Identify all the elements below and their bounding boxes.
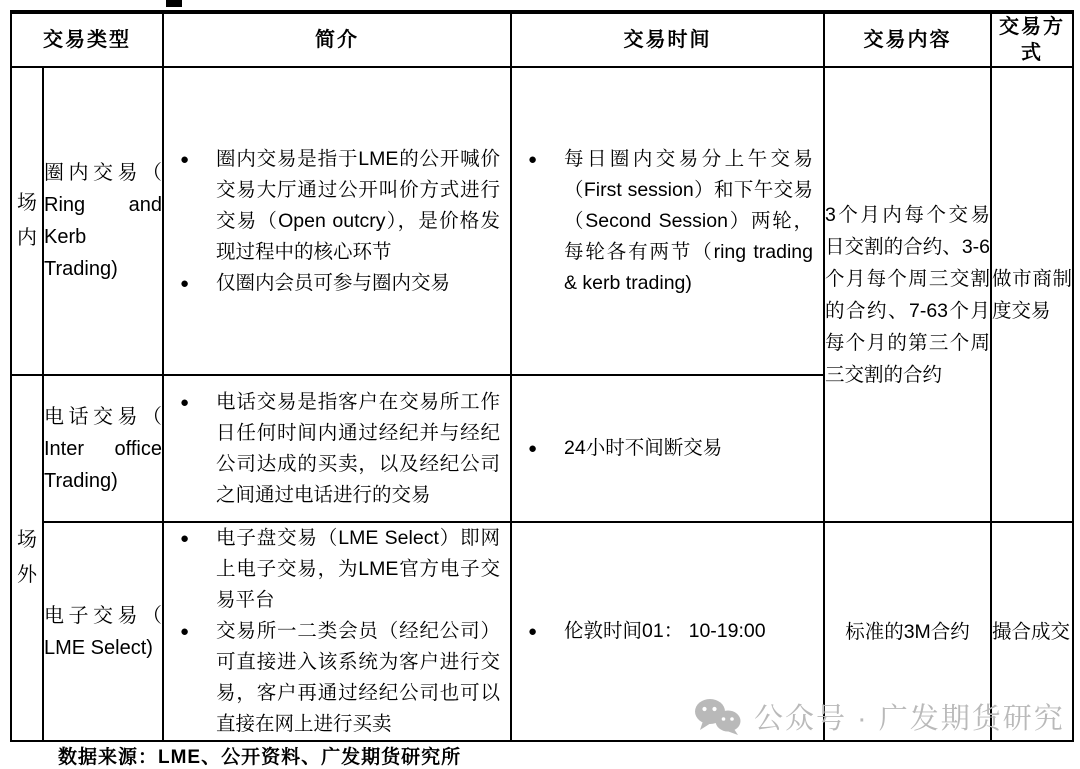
- col-header-trade-content: 交易内容: [824, 12, 991, 67]
- lme-trading-table-wrap: 交易类型 简介 交易时间 交易内容 交易方式 场内 圈内交易（ Ring and…: [10, 10, 1074, 742]
- bullet-icon: ●: [164, 616, 216, 647]
- list-item: ● 24小时不间断交易: [512, 433, 823, 464]
- method-cell-market-maker: 做市商制度交易: [991, 67, 1073, 522]
- venue-cell-off-exchange: 场外: [11, 375, 43, 741]
- bullet-icon: ●: [164, 387, 216, 418]
- bullet-text: 交易所一二类会员（经纪公司）可直接进入该系统为客户进行交易，客户再通过经纪公司也…: [216, 616, 510, 740]
- type-cell-inter-office: 电话交易（ Inter office Trading): [43, 375, 163, 522]
- wechat-icon: [694, 698, 742, 735]
- bullet-icon: ●: [512, 144, 564, 175]
- venue-cell-on-exchange: 场内: [11, 67, 43, 375]
- type-cell-lme-select: 电子交易（ LME Select): [43, 522, 163, 741]
- watermark-text: 公众号 · 广发期货研究: [754, 696, 1065, 737]
- bullet-text: 电子盘交易（LME Select）即网上电子交易，为LME官方电子交易平台: [216, 523, 510, 616]
- bullet-text: 电话交易是指客户在交易所工作日任何时间内通过经纪并与经纪公司达成的买卖，以及经纪…: [216, 387, 510, 511]
- col-header-intro: 简介: [163, 12, 511, 67]
- table-row-ring-trading: 场内 圈内交易（ Ring and Kerb Trading) ● 圈内交易是指…: [11, 67, 1073, 375]
- bullet-icon: ●: [164, 523, 216, 554]
- intro-cell-inter-office: ● 电话交易是指客户在交易所工作日任何时间内通过经纪并与经纪公司达成的买卖，以及…: [163, 375, 511, 522]
- bullet-icon: ●: [164, 144, 216, 175]
- bullet-text: 伦敦时间01： 10-19:00: [564, 616, 823, 647]
- list-item: ● 圈内交易是指于LME的公开喊价交易大厅通过公开叫价方式进行交易（Open o…: [164, 144, 510, 268]
- content-cell-ring-phone: 3个月内每个交易日交割的合约、3-6个月每个周三交割的合约、7-63个月每个月的…: [824, 67, 991, 522]
- col-header-trade-type: 交易类型: [11, 12, 163, 67]
- intro-cell-lme-select: ● 电子盘交易（LME Select）即网上电子交易，为LME官方电子交易平台 …: [163, 522, 511, 741]
- bullet-text: 圈内交易是指于LME的公开喊价交易大厅通过公开叫价方式进行交易（Open out…: [216, 144, 510, 268]
- list-item: ● 电子盘交易（LME Select）即网上电子交易，为LME官方电子交易平台: [164, 523, 510, 616]
- bullet-text: 仅圈内会员可参与圈内交易: [216, 268, 510, 299]
- table-header-row: 交易类型 简介 交易时间 交易内容 交易方式: [11, 12, 1073, 67]
- data-source-note: 数据来源：LME、公开资料、广发期货研究所: [58, 742, 461, 769]
- bullet-text: 24小时不间断交易: [564, 433, 823, 464]
- time-cell-ring-trading: ● 每日圈内交易分上午交易（First session）和下午交易（Second…: [511, 67, 824, 375]
- list-item: ● 每日圈内交易分上午交易（First session）和下午交易（Second…: [512, 144, 823, 299]
- time-cell-inter-office: ● 24小时不间断交易: [511, 375, 824, 522]
- list-item: ● 交易所一二类会员（经纪公司）可直接进入该系统为客户进行交易，客户再通过经纪公…: [164, 616, 510, 740]
- col-header-trade-time: 交易时间: [511, 12, 824, 67]
- intro-cell-ring-trading: ● 圈内交易是指于LME的公开喊价交易大厅通过公开叫价方式进行交易（Open o…: [163, 67, 511, 375]
- bullet-icon: ●: [512, 433, 564, 464]
- list-item: ● 电话交易是指客户在交易所工作日任何时间内通过经纪并与经纪公司达成的买卖，以及…: [164, 387, 510, 511]
- type-cell-ring-trading: 圈内交易（ Ring and Kerb Trading): [43, 67, 163, 375]
- cropped-title-fragment: [166, 0, 182, 7]
- bullet-icon: ●: [512, 616, 564, 647]
- lme-trading-table: 交易类型 简介 交易时间 交易内容 交易方式 场内 圈内交易（ Ring and…: [10, 10, 1074, 742]
- col-header-trade-method: 交易方式: [991, 12, 1073, 67]
- bullet-icon: ●: [164, 268, 216, 299]
- list-item: ● 伦敦时间01： 10-19:00: [512, 616, 823, 647]
- list-item: ● 仅圈内会员可参与圈内交易: [164, 268, 510, 299]
- bullet-text: 每日圈内交易分上午交易（First session）和下午交易（Second S…: [564, 144, 823, 299]
- wechat-watermark: 公众号 · 广发期货研究: [694, 696, 1065, 737]
